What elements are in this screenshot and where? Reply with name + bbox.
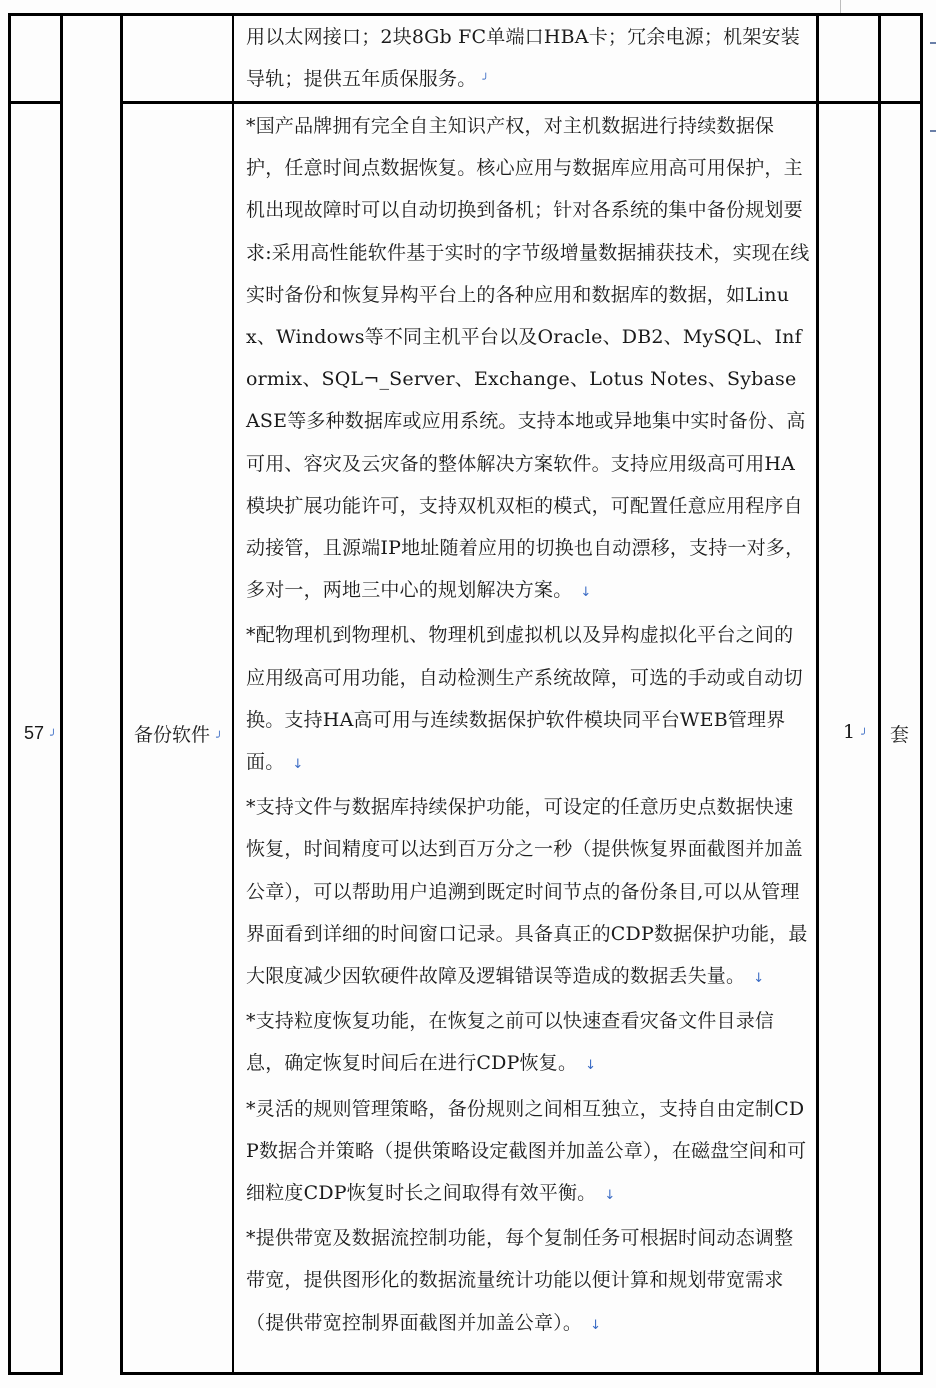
prev-row-spec-content: 用以太网接口；2块8Gb FC单端口HBA卡；冗余电源；机架安装导轨；提供五年质… bbox=[246, 26, 800, 90]
spec-paragraph-2: *配物理机到物理机、物理机到虚拟机以及异构虚拟化平台之间的应用级高可用功能，自动… bbox=[246, 614, 812, 786]
spec-paragraph-4: *支持粒度恢复功能，在恢复之前可以快速查看灾备文件目录信息，确定恢复时间后在进行… bbox=[246, 1000, 812, 1087]
spec-paragraph-2-text: *配物理机到物理机、物理机到虚拟机以及异构虚拟化平台之间的应用级高可用功能，自动… bbox=[246, 624, 803, 773]
col-border-1 bbox=[60, 13, 63, 1375]
spec-paragraph-5: *灵活的规则管理策略，备份规则之间相互独立，支持自由定制CDP数据合并策略（提供… bbox=[246, 1088, 812, 1218]
paragraph-return-mark: ↓ bbox=[580, 585, 591, 600]
cell-end-mark: ╯ bbox=[861, 728, 868, 741]
spec-paragraph-6: *提供带宽及数据流控制功能，每个复制任务可根据时间动态调整带宽，提供图形化的数据… bbox=[246, 1217, 812, 1347]
cell-end-mark: ╯ bbox=[216, 731, 223, 744]
paragraph-return-mark: ↓ bbox=[753, 971, 764, 986]
item-unit-value: 套 bbox=[890, 724, 909, 746]
cell-end-mark: ╯ bbox=[482, 73, 489, 86]
spec-paragraph-4-text: *支持粒度恢复功能，在恢复之前可以快速查看灾备文件目录信息，确定恢复时间后在进行… bbox=[246, 1010, 774, 1074]
item-quantity: 1╯ bbox=[843, 721, 868, 743]
row-index-value: 57 bbox=[24, 723, 44, 743]
paragraph-return-mark: ↓ bbox=[585, 1058, 596, 1073]
spec-paragraph-3: *支持文件与数据库持续保护功能，可设定的任意历史点数据快速恢复，时间精度可以达到… bbox=[246, 786, 812, 1000]
item-name: 备份软件╯ bbox=[134, 720, 223, 747]
col-border-3 bbox=[232, 13, 234, 1375]
prev-row-spec-text: 用以太网接口；2块8Gb FC单端口HBA卡；冗余电源；机架安装导轨；提供五年质… bbox=[246, 16, 812, 101]
paragraph-return-mark: ↓ bbox=[604, 1188, 615, 1203]
col-border-2 bbox=[120, 13, 123, 1375]
paragraph-return-mark: ↓ bbox=[292, 757, 303, 772]
col-border-6 bbox=[920, 13, 923, 1375]
spec-paragraph-1: *国产品牌拥有完全自主知识产权，对主机数据进行持续数据保护，任意时间点数据恢复。… bbox=[246, 105, 812, 614]
spec-paragraph-1-text: *国产品牌拥有完全自主知识产权，对主机数据进行持续数据保护，任意时间点数据恢复。… bbox=[246, 115, 809, 601]
prev-row-spec-cell: 用以太网接口；2块8Gb FC单端口HBA卡；冗余电源；机架安装导轨；提供五年质… bbox=[246, 16, 812, 102]
row-end-marker bbox=[930, 42, 936, 44]
table-bottom-border-right bbox=[120, 1372, 923, 1375]
item-name-value: 备份软件 bbox=[134, 724, 210, 746]
row-index: 57╯ bbox=[24, 722, 57, 744]
item-unit: 套 bbox=[890, 720, 909, 747]
spec-paragraph-5-text: *灵活的规则管理策略，备份规则之间相互独立，支持自由定制CDP数据合并策略（提供… bbox=[246, 1098, 806, 1204]
item-quantity-value: 1 bbox=[843, 721, 855, 743]
row-separator-left bbox=[8, 101, 62, 104]
spec-table: 用以太网接口；2块8Gb FC单端口HBA卡；冗余电源；机架安装导轨；提供五年质… bbox=[0, 0, 936, 1388]
spec-paragraph-6-text: *提供带宽及数据流控制功能，每个复制任务可根据时间动态调整带宽，提供图形化的数据… bbox=[246, 1227, 793, 1333]
cell-end-mark: ╯ bbox=[50, 729, 57, 742]
col-border-0 bbox=[8, 13, 11, 1375]
row-end-marker bbox=[930, 130, 936, 132]
table-bottom-border-left bbox=[8, 1372, 62, 1375]
col-border-5 bbox=[878, 13, 881, 1375]
paragraph-return-mark: ↓ bbox=[590, 1318, 601, 1333]
item-spec-cell: *国产品牌拥有完全自主知识产权，对主机数据进行持续数据保护，任意时间点数据恢复。… bbox=[246, 105, 812, 1370]
col-border-4 bbox=[816, 13, 819, 1375]
spec-paragraph-3-text: *支持文件与数据库持续保护功能，可设定的任意历史点数据快速恢复，时间精度可以达到… bbox=[246, 796, 808, 987]
